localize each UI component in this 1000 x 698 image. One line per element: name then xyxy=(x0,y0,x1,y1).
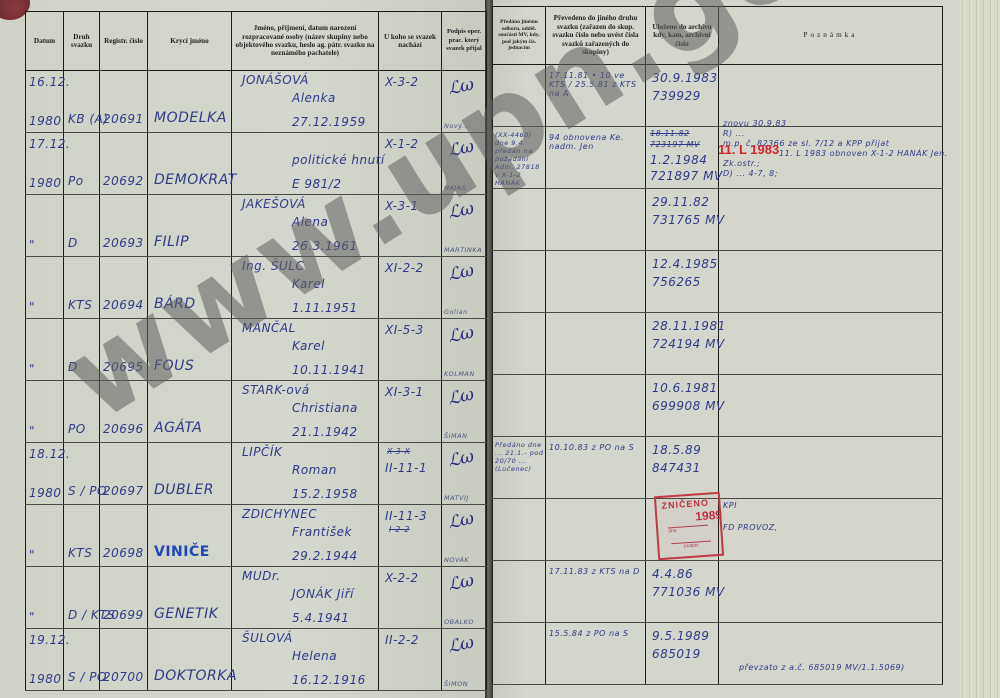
cell-registr: 20695 xyxy=(100,319,148,381)
archive-number: 721897 MV xyxy=(650,169,723,183)
registr-cislo: 20695 xyxy=(103,360,144,374)
cell-predano: (XX-4460) dne 9.4. předán na požádání Ad… xyxy=(493,127,546,189)
cell-ulozeno: 30.9.1983739929 xyxy=(646,65,719,127)
cell-druh: KTS xyxy=(64,505,100,567)
kryci-jmeno: GENETIK xyxy=(154,606,218,622)
cell-prevedeno: 17.11.81 • 10 ve KTS / 25.5.81 z KTS na … xyxy=(546,65,646,127)
cell-datum: 17.12.1980 xyxy=(26,133,64,195)
u-koho: X-3-2 xyxy=(385,75,419,89)
druh-svazku: KTS xyxy=(68,546,92,560)
cell-kryci: FILIP xyxy=(148,195,232,257)
kryci-jmeno: AGÁTA xyxy=(154,420,202,436)
cell-predano xyxy=(493,65,546,127)
person-birthdate: 16.12.1916 xyxy=(292,673,366,687)
druh-svazku: KTS xyxy=(68,298,92,312)
note-line: znovu 30.9.83 xyxy=(723,119,787,128)
date-year: " xyxy=(29,300,35,314)
date-year: " xyxy=(29,362,35,376)
cell-jmeno: ŠULOVÁHelena16.12.1916 xyxy=(232,629,379,691)
cell-registr: 20698 xyxy=(100,505,148,567)
cell-ulozeno: 18.11.82723197 MV1.2.1984721897 MV xyxy=(646,127,719,189)
archive-date: 28.11.1981 xyxy=(652,319,726,333)
table-row: 17.12.1980Po20692DEMOKRATpolitické hnutí… xyxy=(26,133,487,195)
cell-podpis: ℒωMARTINKA xyxy=(442,195,487,257)
cell-jmeno: ZDICHYNECFrantišek29.2.1944 xyxy=(232,505,379,567)
cell-registr: 20692 xyxy=(100,133,148,195)
cell-jmeno: MANČALKarel10.11.1941 xyxy=(232,319,379,381)
cell-registr: 20693 xyxy=(100,195,148,257)
cell-poznamka: převzato z a.č. 685019 MV/1.1.5069) xyxy=(719,623,943,685)
cell-podpis: ℒωHAJAS xyxy=(442,133,487,195)
cell-datum: " xyxy=(26,195,64,257)
cell-jmeno: STARK-ováChristiana21.1.1942 xyxy=(232,381,379,443)
cell-prevedeno: 15.5.84 z PO na S xyxy=(546,623,646,685)
transferred: 17.11.81 • 10 ve KTS / 25.5.81 z KTS na … xyxy=(549,71,644,98)
person-surname: Ing. ŠULC xyxy=(242,259,304,273)
registr-cislo: 20694 xyxy=(103,298,144,312)
u-koho: XI-3-1 xyxy=(385,385,424,399)
cell-kryci: BÁRD xyxy=(148,257,232,319)
registr-cislo: 20692 xyxy=(103,174,144,188)
u-koho: X-3-1 xyxy=(385,199,419,213)
cell-predano xyxy=(493,561,546,623)
table-row: 16.12.1980KB (A)20691MODELKAJONÁŠOVÁAlen… xyxy=(26,71,487,133)
table-row: "KTS20698VINIČEZDICHYNECFrantišek29.2.19… xyxy=(26,505,487,567)
cell-druh: S / PO xyxy=(64,629,100,691)
date-year: 1980 xyxy=(29,176,62,190)
kryci-jmeno: DEMOKRAT xyxy=(154,172,237,188)
kryci-jmeno: FOUS xyxy=(154,358,194,374)
kryci-jmeno: DUBLER xyxy=(154,482,214,498)
cell-prevedeno xyxy=(546,375,646,437)
cell-podpis: ℒωMATVIJ xyxy=(442,443,487,505)
signer-name: KOLMAN xyxy=(444,370,475,378)
cell-u-koho: XI-3-1 xyxy=(379,381,442,443)
u-koho: XI-5-3 xyxy=(385,323,424,337)
archive-number: 739929 xyxy=(652,89,701,103)
header-predano: Předáno jinému odboru, odděl. součásti M… xyxy=(493,7,546,65)
signature: ℒω xyxy=(446,509,476,534)
cell-registr: 20691 xyxy=(100,71,148,133)
signer-name: OBALKO xyxy=(444,618,474,626)
cell-u-koho: XI-2-2 xyxy=(379,257,442,319)
cell-prevedeno xyxy=(546,251,646,313)
u-koho-struck: X-3-X xyxy=(387,447,410,456)
table-row: 10.6.1981699908 MV xyxy=(493,375,943,437)
cell-prevedeno xyxy=(546,313,646,375)
kryci-jmeno: BÁRD xyxy=(154,296,196,312)
header-kryci-jmeno: Krycí jméno xyxy=(148,12,232,71)
date-year: " xyxy=(29,548,35,562)
table-row: Předáno dne ... 21.1.- pod 20/70 ... (Lu… xyxy=(493,437,943,499)
cell-datum: 19.12.1980 xyxy=(26,629,64,691)
table-row: 17.11.83 z KTS na D4.4.86771036 MV xyxy=(493,561,943,623)
cell-registr: 20700 xyxy=(100,629,148,691)
cell-poznamka: znovu 30.9.83R) ...m.p. č. 82366 ze sl. … xyxy=(719,127,943,189)
person-firstname: Karel xyxy=(292,277,325,291)
u-koho: II-11-3 xyxy=(385,509,427,523)
cell-kryci: AGÁTA xyxy=(148,381,232,443)
cell-druh: KB (A) xyxy=(64,71,100,133)
cell-jmeno: LIPČÍKRoman15.2.1958 xyxy=(232,443,379,505)
person-birthdate: 10.11.1941 xyxy=(292,363,366,377)
cell-predano: Předáno dne ... 21.1.- pod 20/70 ... (Lu… xyxy=(493,437,546,499)
cell-u-koho: XI-5-3 xyxy=(379,319,442,381)
cell-kryci: DUBLER xyxy=(148,443,232,505)
signer-name: Nový... xyxy=(444,122,470,130)
archive-date: 4.4.86 xyxy=(652,567,693,581)
date-year: " xyxy=(29,424,35,438)
date-stamp-red: 11. L 1983 xyxy=(718,142,779,157)
cell-poznamka xyxy=(719,561,943,623)
person-firstname: Karel xyxy=(292,339,325,353)
archive-number: 771036 MV xyxy=(652,585,725,599)
archive-date: 30.9.1983 xyxy=(652,71,718,85)
header-podpis: Podpis oper. prac. který svazek přijal xyxy=(442,12,487,71)
cell-datum: " xyxy=(26,505,64,567)
cell-prevedeno: 10.10.83 z PO na S xyxy=(546,437,646,499)
u-koho: X-1-2 xyxy=(385,137,419,151)
cell-druh: D / KTS xyxy=(64,567,100,629)
table-row: 19.12.1980S / PO20700DOKTORKAŠULOVÁHelen… xyxy=(26,629,487,691)
cell-predano xyxy=(493,313,546,375)
cell-druh: Po xyxy=(64,133,100,195)
cell-predano xyxy=(493,189,546,251)
person-firstname: Helena xyxy=(292,649,337,663)
cell-podpis: ℒωŠIMON xyxy=(442,629,487,691)
note-line: R) ... xyxy=(723,129,745,138)
header-datum: Datum xyxy=(26,12,64,71)
person-birthdate: 27.12.1959 xyxy=(292,115,366,129)
person-surname: MUDr. xyxy=(242,569,281,583)
right-register-table: Předáno jinému odboru, odděl. součásti M… xyxy=(492,6,943,685)
signature: ℒω xyxy=(446,633,476,658)
cell-u-koho: II-2-2 xyxy=(379,629,442,691)
transferred: 17.11.83 z KTS na D xyxy=(549,567,644,576)
cell-prevedeno xyxy=(546,189,646,251)
person-firstname: Alenka xyxy=(292,91,336,105)
cell-ulozeno: 28.11.1981724194 MV xyxy=(646,313,719,375)
cell-datum: 18.12.1980 xyxy=(26,443,64,505)
header-ulozeno: Uloženo do archivu kdy, kam, archivní čí… xyxy=(646,7,719,65)
cell-podpis: ℒωOBALKO xyxy=(442,567,487,629)
table-row: "D20693FILIPJAKEŠOVÁAlena26.3.1961X-3-1ℒ… xyxy=(26,195,487,257)
person-firstname: František xyxy=(292,525,352,539)
header-registr-cislo: Registr. číslo xyxy=(100,12,148,71)
person-surname: JONÁŠOVÁ xyxy=(242,73,309,87)
archive-date: 9.5.1989 xyxy=(652,629,709,643)
handed-over: (XX-4460) dne 9.4. předán na požádání Ad… xyxy=(495,131,545,187)
cell-druh: PO xyxy=(64,381,100,443)
signer-name: MARTINKA xyxy=(444,246,482,254)
cell-podpis: ℒωNOVÁK xyxy=(442,505,487,567)
table-row: "D / KTS20699GENETIKMUDr.JONÁK Jiří5.4.1… xyxy=(26,567,487,629)
table-row: 29.11.82731765 MV xyxy=(493,189,943,251)
cell-kryci: FOUS xyxy=(148,319,232,381)
person-firstname: Alena xyxy=(292,215,328,229)
archive-number: 731765 MV xyxy=(652,213,725,227)
registr-cislo: 20696 xyxy=(103,422,144,436)
cell-jmeno: Ing. ŠULCKarel1.11.1951 xyxy=(232,257,379,319)
person-firstname: Christiana xyxy=(292,401,358,415)
cell-jmeno: MUDr.JONÁK Jiří5.4.1941 xyxy=(232,567,379,629)
stamp-sign-label: podpis xyxy=(671,540,711,550)
cell-datum: " xyxy=(26,319,64,381)
table-row: 15.5.84 z PO na S9.5.1989685019převzato … xyxy=(493,623,943,685)
druh-svazku: PO xyxy=(68,422,86,436)
person-birthdate: 26.3.1961 xyxy=(292,239,358,253)
u-koho: XI-2-2 xyxy=(385,261,424,275)
signer-name: MATVIJ xyxy=(444,494,469,502)
archive-number: 756265 xyxy=(652,275,701,289)
cell-ulozeno: 10.6.1981699908 MV xyxy=(646,375,719,437)
registr-cislo: 20698 xyxy=(103,546,144,560)
cell-kryci: MODELKA xyxy=(148,71,232,133)
cell-kryci: DEMOKRAT xyxy=(148,133,232,195)
cell-ulozeno: 4.4.86771036 MV xyxy=(646,561,719,623)
cell-podpis: ℒωNový... xyxy=(442,71,487,133)
archive-date: 1.2.1984 xyxy=(650,153,707,167)
kryci-jmeno: DOKTORKA xyxy=(154,668,237,684)
stamp-year: 1989 xyxy=(695,508,723,524)
kryci-jmeno: FILIP xyxy=(154,234,189,250)
cell-jmeno: politické hnutíE 981/2 xyxy=(232,133,379,195)
table-row: 17.11.81 • 10 ve KTS / 25.5.81 z KTS na … xyxy=(493,65,943,127)
transferred: 10.10.83 z PO na S xyxy=(549,443,644,452)
date-year: 1980 xyxy=(29,672,62,686)
kryci-jmeno: MODELKA xyxy=(154,110,227,126)
person-birthdate: 5.4.1941 xyxy=(292,611,349,625)
archive-number: 699908 MV xyxy=(652,399,725,413)
archive-date: 12.4.1985 xyxy=(652,257,718,271)
cell-jmeno: JAKEŠOVÁAlena26.3.1961 xyxy=(232,195,379,257)
cell-prevedeno: 17.11.83 z KTS na D xyxy=(546,561,646,623)
cell-druh: D xyxy=(64,319,100,381)
archive-number: 685019 xyxy=(652,647,701,661)
person-birthdate: 21.1.1942 xyxy=(292,425,358,439)
u-koho-struck: I-2-2 xyxy=(389,525,410,534)
cell-ulozeno: 29.11.82731765 MV xyxy=(646,189,719,251)
signature: ℒω xyxy=(446,571,476,596)
signer-name: NOVÁK xyxy=(444,556,469,564)
table-row: "PO20696AGÁTASTARK-ováChristiana21.1.194… xyxy=(26,381,487,443)
cell-poznamka xyxy=(719,437,943,499)
person-birthdate: 1.11.1951 xyxy=(292,301,358,315)
cell-poznamka: KPIFD PROVOZ, xyxy=(719,499,943,561)
archive-date-struck: 18.11.82 xyxy=(650,129,690,138)
cell-u-koho: X-3-2 xyxy=(379,71,442,133)
cell-druh: S / PO xyxy=(64,443,100,505)
u-koho: X-2-2 xyxy=(385,571,419,585)
registr-cislo: 20697 xyxy=(103,484,144,498)
cell-kryci: VINIČE xyxy=(148,505,232,567)
handed-over: Předáno dne ... 21.1.- pod 20/70 ... (Lu… xyxy=(495,441,545,473)
cell-u-koho: X-3-XII-11-1 xyxy=(379,443,442,505)
cell-podpis: ℒωŠIMAN xyxy=(442,381,487,443)
person-birthdate: E 981/2 xyxy=(292,177,341,191)
cell-poznamka xyxy=(719,189,943,251)
archive-date: 18.5.89 xyxy=(652,443,701,457)
cell-registr: 20697 xyxy=(100,443,148,505)
registr-cislo: 20699 xyxy=(103,608,144,622)
signature: ℒω xyxy=(446,447,476,472)
cell-u-koho: X-2-2 xyxy=(379,567,442,629)
cell-ulozeno: 9.5.1989685019 xyxy=(646,623,719,685)
cell-podpis: ℒωGolian xyxy=(442,257,487,319)
left-register-table: Datum Druh svazku Registr. číslo Krycí j… xyxy=(25,11,487,691)
cell-registr: 20696 xyxy=(100,381,148,443)
date-year: " xyxy=(29,238,35,252)
header-row: Datum Druh svazku Registr. číslo Krycí j… xyxy=(26,12,487,71)
signature: ℒω xyxy=(446,385,476,410)
note-line: převzato z a.č. 685019 MV/1.1.5069) xyxy=(739,663,905,672)
person-surname: STARK-ová xyxy=(242,383,310,397)
date-year: 1980 xyxy=(29,486,62,500)
cell-kryci: GENETIK xyxy=(148,567,232,629)
table-row: 28.11.1981724194 MV xyxy=(493,313,943,375)
cell-jmeno: JONÁŠOVÁAlenka27.12.1959 xyxy=(232,71,379,133)
person-birthdate: 15.2.1958 xyxy=(292,487,358,501)
signer-name: ŠIMON xyxy=(444,680,468,688)
cell-datum: " xyxy=(26,567,64,629)
druh-svazku: Po xyxy=(68,174,84,188)
cell-kryci: DOKTORKA xyxy=(148,629,232,691)
cell-prevedeno: 94 obnovena Ke. nadm. Jen xyxy=(546,127,646,189)
date-year: " xyxy=(29,610,35,624)
signer-name: Golian xyxy=(444,308,468,316)
header-u-koho: U koho se svazek nachází xyxy=(379,12,442,71)
cell-poznamka xyxy=(719,65,943,127)
header-jmeno-osoby: Jméno, příjmení, datum narození rozpraco… xyxy=(232,12,379,71)
cell-poznamka xyxy=(719,251,943,313)
person-firstname: JONÁK Jiří xyxy=(292,587,354,601)
header-druh-svazku: Druh svazku xyxy=(64,12,100,71)
archive-number-struck: 723197 MV xyxy=(650,140,700,149)
signer-name: HAJAS xyxy=(444,184,466,192)
note-line: 11. L 1983 obnoven X-1-2 HANÁK Jen. xyxy=(779,149,948,158)
date-year: 1980 xyxy=(29,114,62,128)
person-surname: ŠULOVÁ xyxy=(242,631,293,645)
cell-druh: KTS xyxy=(64,257,100,319)
signature: ℒω xyxy=(446,75,476,100)
person-surname: JAKEŠOVÁ xyxy=(242,197,306,211)
person-surname: ZDICHYNEC xyxy=(242,507,317,521)
archive-date: 29.11.82 xyxy=(652,195,709,209)
note-line: KPI xyxy=(723,501,737,510)
book-page-edges xyxy=(959,0,1000,698)
signature: ℒω xyxy=(446,137,476,162)
signature: ℒω xyxy=(446,261,476,286)
person-birthdate: 29.2.1944 xyxy=(292,549,358,563)
table-row: "D20695FOUSMANČALKarel10.11.1941XI-5-3ℒω… xyxy=(26,319,487,381)
archive-date: 10.6.1981 xyxy=(652,381,718,395)
cell-ulozeno: 12.4.1985756265 xyxy=(646,251,719,313)
table-row: "KTS20694BÁRDIng. ŠULCKarel1.11.1951XI-2… xyxy=(26,257,487,319)
cell-poznamka xyxy=(719,313,943,375)
u-koho: II-11-1 xyxy=(385,461,427,475)
transferred: 15.5.84 z PO na S xyxy=(549,629,644,638)
person-surname: MANČAL xyxy=(242,321,296,335)
signature: ℒω xyxy=(446,323,476,348)
cell-predano xyxy=(493,251,546,313)
table-row: 12.4.1985756265 xyxy=(493,251,943,313)
cell-registr: 20694 xyxy=(100,257,148,319)
kryci-jmeno: VINIČE xyxy=(154,544,210,560)
table-row: (XX-4460) dne 9.4. předán na požádání Ad… xyxy=(493,127,943,189)
archive-number: 724194 MV xyxy=(652,337,725,351)
druh-svazku: D xyxy=(68,360,78,374)
cell-predano xyxy=(493,375,546,437)
note-line: D) ... 4-7, 8; xyxy=(723,169,778,178)
signer-name: ŠIMAN xyxy=(444,432,467,440)
registr-cislo: 20693 xyxy=(103,236,144,250)
cell-u-koho: X-3-1 xyxy=(379,195,442,257)
note-line: FD PROVOZ, xyxy=(723,523,778,532)
cell-predano xyxy=(493,499,546,561)
cell-druh: D xyxy=(64,195,100,257)
cell-u-koho: II-11-3I-2-2 xyxy=(379,505,442,567)
header-row: Předáno jinému odboru, odděl. součásti M… xyxy=(493,7,943,65)
header-prevedeno: Převedeno do jiného druhu svazku (zařaze… xyxy=(546,7,646,65)
signature: ℒω xyxy=(446,199,476,224)
person-firstname: Roman xyxy=(292,463,337,477)
person-surname: LIPČÍK xyxy=(242,445,282,459)
registr-cislo: 20700 xyxy=(103,670,144,684)
cell-podpis: ℒωKOLMAN xyxy=(442,319,487,381)
destroyed-stamp: ZNIČENO 1989 dne podpis xyxy=(654,492,724,560)
cell-poznamka xyxy=(719,375,943,437)
person-firstname: politické hnutí xyxy=(292,153,385,167)
cell-registr: 20699 xyxy=(100,567,148,629)
transferred: 94 obnovena Ke. nadm. Jen xyxy=(549,133,644,151)
cell-prevedeno xyxy=(546,499,646,561)
cell-datum: " xyxy=(26,381,64,443)
cell-ulozeno: 18.5.89847431 xyxy=(646,437,719,499)
archive-number: 847431 xyxy=(652,461,701,475)
cell-datum: 16.12.1980 xyxy=(26,71,64,133)
cell-datum: " xyxy=(26,257,64,319)
u-koho: II-2-2 xyxy=(385,633,419,647)
header-poznamka: Poznámka xyxy=(719,7,943,65)
cell-predano xyxy=(493,623,546,685)
table-row: 18.12.1980S / PO20697DUBLERLIPČÍKRoman15… xyxy=(26,443,487,505)
cell-u-koho: X-1-2 xyxy=(379,133,442,195)
stamp-day-label: dne xyxy=(668,525,708,535)
druh-svazku: D xyxy=(68,236,78,250)
registr-cislo: 20691 xyxy=(103,112,144,126)
note-line: Zk.ostr.; xyxy=(723,159,760,168)
